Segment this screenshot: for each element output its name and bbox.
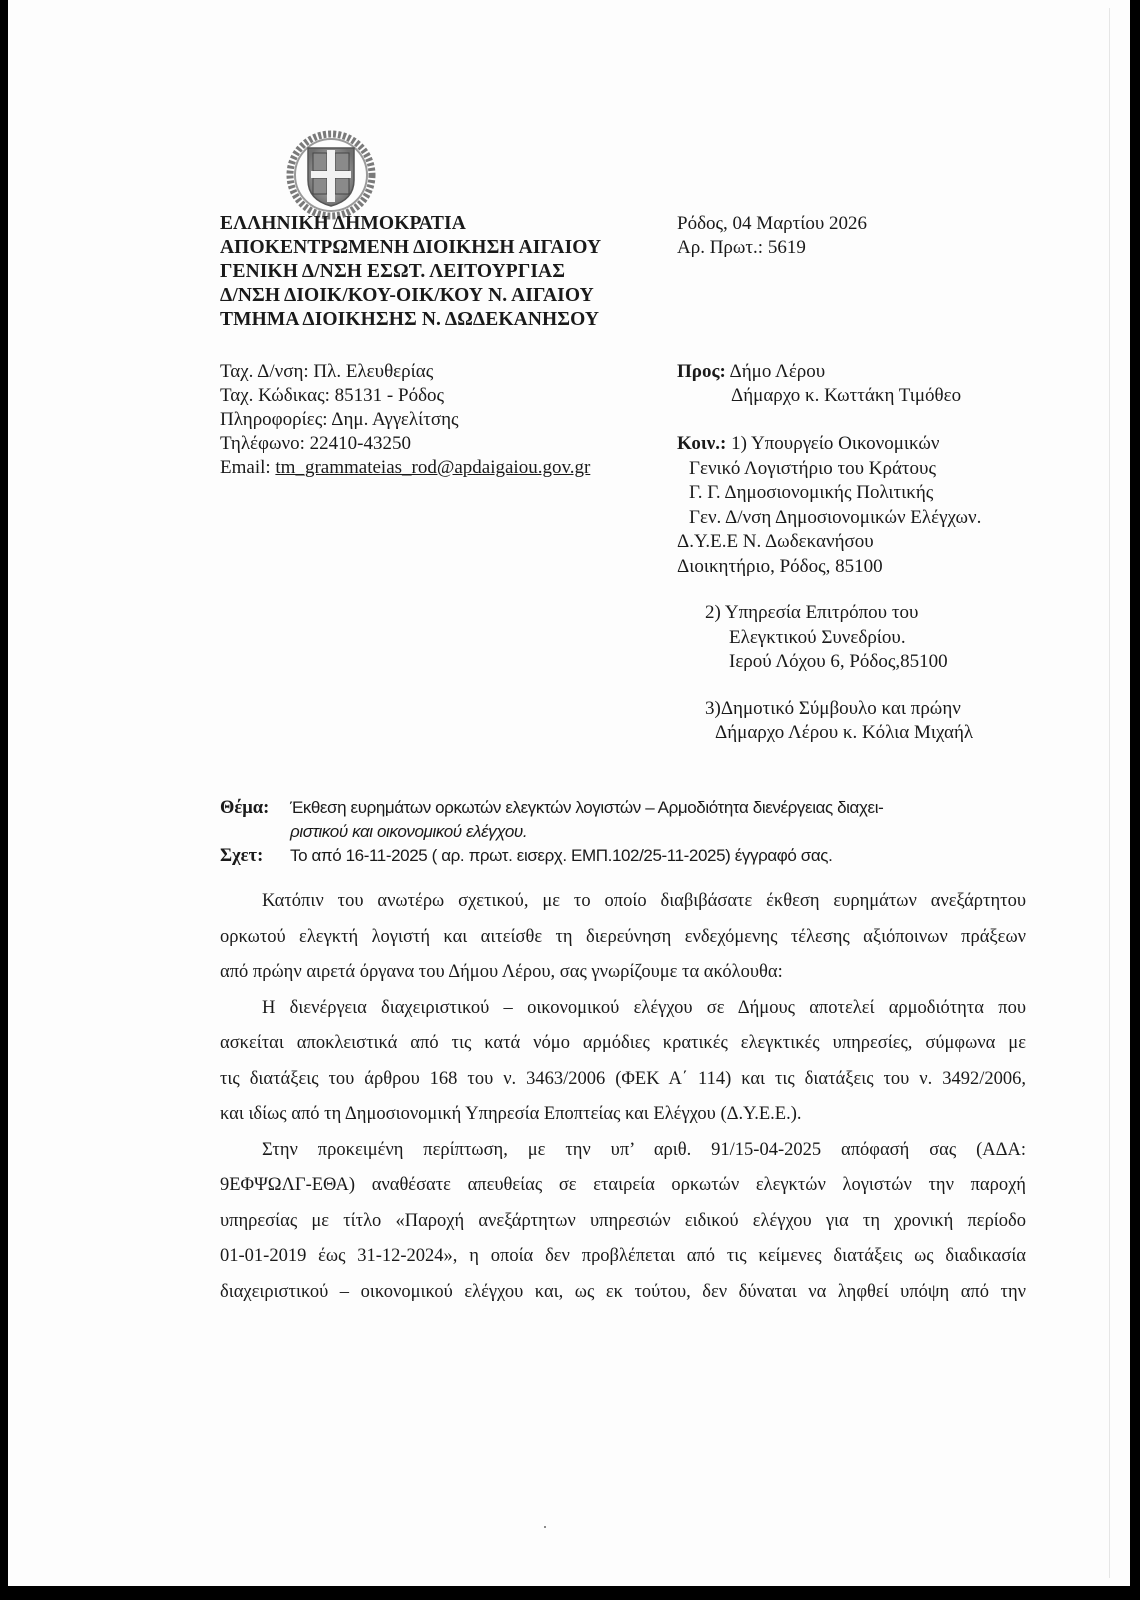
issuer-line: ΓΕΝΙΚΗ Δ/ΝΣΗ ΕΣΩΤ. ΛΕΙΤΟΥΡΓΙΑΣ <box>220 260 601 284</box>
subject-label: Θέμα: <box>220 796 290 844</box>
recipient-person: Δήμαρχο κ. Κωττάκη Τιμόθεο <box>677 384 961 408</box>
contact-info: Πληροφορίες: Δημ. Αγγελίτσης <box>220 408 590 432</box>
document-page: ΕΛΛΗΝΙΚΗ ΔΗΜΟΚΡΑΤΙΑ ΑΠΟΚΕΝΤΡΩΜΕΝΗ ΔΙΟΙΚΗ… <box>8 0 1130 1586</box>
body-line: Στην προκειμένη περίπτωση, με την υπ’ αρ… <box>220 1133 1026 1169</box>
email-label: Email: <box>220 457 275 478</box>
cc-line: Ιερού Λόχου 6, Ρόδος,85100 <box>677 650 981 675</box>
cc-label: Κοιν.: <box>677 433 726 454</box>
cc-line: Ελεγκτικού Συνεδρίου. <box>677 626 981 651</box>
body-line: από πρώην αιρετά όργανα του Δήμου Λέρου,… <box>220 955 1026 991</box>
contact-postal-code: Ταχ. Κώδικας: 85131 - Ρόδος <box>220 384 590 408</box>
issuer-line: ΤΜΗΜΑ ΔΙΟΙΚΗΣΗΣ Ν. ΔΩΔΕΚΑΝΗΣΟΥ <box>220 308 601 332</box>
subject-block: Θέμα: Έκθεση ευρημάτων ορκωτών ελεγκτών … <box>220 796 1040 868</box>
cc-line: 1) Υπουργείο Οικονομικών <box>726 433 939 454</box>
body-line: Η διενέργεια διαχειριστικού – οικονομικο… <box>220 991 1026 1027</box>
body-line: και ιδίως από τη Δημοσιονομική Υπηρεσία … <box>220 1097 1026 1133</box>
cc-line: Γ. Γ. Δημοσιονομικής Πολιτικής <box>677 481 981 506</box>
body-line: ασκείται αποκλειστικά από τις κατά νόμο … <box>220 1026 1026 1062</box>
cc-item-3: 3)Δημοτικό Σύμβουλο και πρώην Δήμαρχο Λέ… <box>677 697 981 746</box>
body-line: υπηρεσίας με τίτλο «Παροχή ανεξάρτητων υ… <box>220 1204 1026 1240</box>
reference-label: Σχετ: <box>220 844 290 868</box>
subject-text: Έκθεση ευρημάτων ορκωτών ελεγκτών λογιστ… <box>290 796 1040 844</box>
body-line: Κατόπιν του ανωτέρω σχετικού, με το οποί… <box>220 884 1026 920</box>
scan-artifact-dot <box>544 1526 546 1528</box>
cc-line: Γενικό Λογιστήριο του Κράτους <box>677 457 981 482</box>
cc-line: 2) Υπηρεσία Επιτρόπου του <box>677 601 981 626</box>
cc-item-1: Κοιν.: 1) Υπουργείο Οικονομικών Γενικό Λ… <box>677 432 981 579</box>
contact-email-row: Email: tm_grammateias_rod@apdaigaiou.gov… <box>220 456 590 480</box>
contact-block: Ταχ. Δ/νση: Πλ. Ελευθερίας Ταχ. Κώδικας:… <box>220 360 590 480</box>
cc-block: Κοιν.: 1) Υπουργείο Οικονομικών Γενικό Λ… <box>677 432 981 768</box>
contact-phone: Τηλέφωνο: 22410-43250 <box>220 432 590 456</box>
issuer-line: ΕΛΛΗΝΙΚΗ ΔΗΜΟΚΡΑΤΙΑ <box>220 212 601 236</box>
body-line: διαχειριστικού – οικονομικού ελέγχου και… <box>220 1275 1026 1311</box>
issuer-line: ΑΠΟΚΕΝΤΡΩΜΕΝΗ ΔΙΟΙΚΗΣΗ ΑΙΓΑΙΟΥ <box>220 236 601 260</box>
reference-row: Σχετ: Το από 16-11-2025 ( αρ. πρωτ. εισε… <box>220 844 1040 868</box>
cc-line: 3)Δημοτικό Σύμβουλο και πρώην <box>677 697 981 722</box>
paragraph-1: Κατόπιν του ανωτέρω σχετικού, με το οποί… <box>220 884 1026 991</box>
reference-text: Το από 16-11-2025 ( αρ. πρωτ. εισερχ. ΕΜ… <box>290 844 1040 868</box>
body-line: ορκωτού ελεγκτή λογιστή και αιτείσθε τη … <box>220 920 1026 956</box>
email-link[interactable]: tm_grammateias_rod@apdaigaiou.gov.gr <box>275 457 590 478</box>
cc-line: Δήμαρχο Λέρου κ. Κόλια Μιχαήλ <box>677 721 981 746</box>
recipient-label: Προς: <box>677 361 726 382</box>
subject-line: ριστικού και οικονομικού ελέγχου. <box>290 820 1040 844</box>
issuer-line: Δ/ΝΣΗ ΔΙΟΙΚ/ΚΟΥ-ΟΙΚ/ΚΟΥ Ν. ΑΙΓΑΙΟΥ <box>220 284 601 308</box>
issuer-header: ΕΛΛΗΝΙΚΗ ΔΗΜΟΚΡΑΤΙΑ ΑΠΟΚΕΝΤΡΩΜΕΝΗ ΔΙΟΙΚΗ… <box>220 212 601 332</box>
letter-body: Κατόπιν του ανωτέρω σχετικού, με το οποί… <box>220 884 1026 1310</box>
body-line: 9ΕΦΨΩΛΓ-ΕΘΑ) αναθέσατε απευθείας σε εται… <box>220 1168 1026 1204</box>
recipient-name: Δήμο Λέρου <box>726 361 825 382</box>
subject-row: Θέμα: Έκθεση ευρημάτων ορκωτών ελεγκτών … <box>220 796 1040 844</box>
subject-line: Έκθεση ευρημάτων ορκωτών ελεγκτών λογιστ… <box>290 796 1040 820</box>
body-line: τις διατάξεις του άρθρου 168 του ν. 3463… <box>220 1062 1026 1098</box>
cc-line: Γεν. Δ/νση Δημοσιονομικών Ελέγχων. <box>677 506 981 531</box>
greek-coat-of-arms-icon <box>286 130 376 220</box>
recipient-block: Προς: Δήμο Λέρου Δήμαρχο κ. Κωττάκη Τιμό… <box>677 360 961 408</box>
cc-line: Διοικητήριο, Ρόδος, 85100 <box>677 555 981 580</box>
cc-line: Δ.Υ.Ε.Ε Ν. Δωδεκανήσου <box>677 530 981 555</box>
contact-address: Ταχ. Δ/νση: Πλ. Ελευθερίας <box>220 360 590 384</box>
paragraph-2: Η διενέργεια διαχειριστικού – οικονομικο… <box>220 991 1026 1133</box>
document-date: Ρόδος, 04 Μαρτίου 2026 <box>677 212 867 236</box>
cc-item-2: 2) Υπηρεσία Επιτρόπου του Ελεγκτικού Συν… <box>677 601 981 675</box>
paragraph-3: Στην προκειμένη περίπτωση, με την υπ’ αρ… <box>220 1133 1026 1311</box>
body-line: 01-01-2019 έως 31-12-2024», η οποία δεν … <box>220 1239 1026 1275</box>
protocol-number: Αρ. Πρωτ.: 5619 <box>677 236 867 260</box>
date-block: Ρόδος, 04 Μαρτίου 2026 Αρ. Πρωτ.: 5619 <box>677 212 867 260</box>
